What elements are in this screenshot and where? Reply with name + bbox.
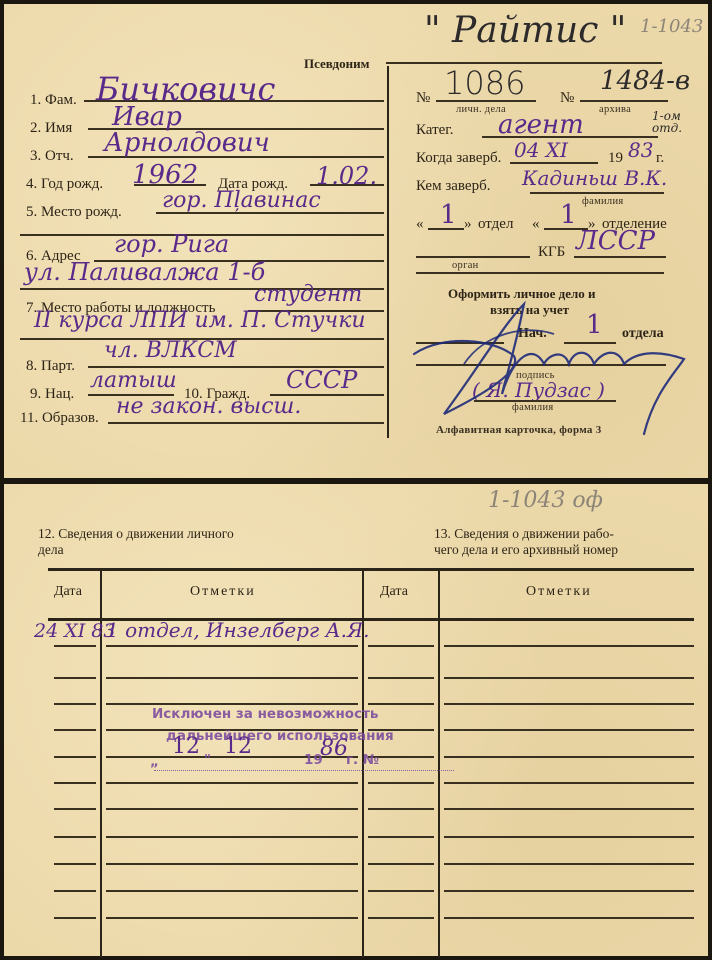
table-row-rule: [444, 645, 694, 647]
table-row-rule: [368, 808, 434, 810]
value-workplace-2: II курса ЛПИ им. П. Стучки: [34, 308, 366, 333]
recruited-by-label: Кем заверб.: [416, 178, 490, 195]
dept-label: отдел: [478, 216, 513, 233]
stamp-day: 12: [172, 734, 200, 759]
table-row-rule: [368, 836, 434, 838]
label-surname: 1. Фам.: [30, 92, 77, 109]
value-education: не закон. высш.: [116, 394, 301, 419]
corner-note-front: 1-1043: [640, 16, 703, 37]
table-row-rule: [106, 917, 358, 919]
table-row-rule: [54, 917, 96, 919]
stamp-month: 12: [224, 734, 252, 759]
stamp-line-2: дальнейшего использования: [166, 728, 394, 744]
table-row-rule: [54, 863, 96, 865]
table-row-rule: [106, 808, 358, 810]
dept-close: »: [464, 216, 472, 233]
col-header-date-2: Дата: [380, 584, 408, 600]
recruited-when-value: 04 XI: [514, 138, 568, 162]
value-birthplace: гор. Пļaвинас: [162, 188, 321, 213]
rule-recruited-by: [530, 192, 664, 194]
archive-value: 1484-в: [600, 66, 690, 96]
label-nationality: 9. Нац.: [30, 386, 74, 403]
year-prefix: 19: [608, 150, 623, 167]
table-row-rule: [368, 782, 434, 784]
label-birthplace: 5. Место рожд.: [26, 204, 122, 221]
row-1-date: 24 XI 83: [34, 620, 115, 642]
corner-note-back: 1-1043 оф: [488, 488, 603, 513]
section-value: 1: [560, 200, 577, 230]
stamp-date-open: „: [150, 754, 159, 770]
stamp-number-label: г. №: [346, 752, 379, 768]
table-row-rule: [54, 729, 96, 731]
table-row-rule: [54, 703, 96, 705]
table-row-rule: [106, 703, 358, 705]
rule-kgb: [574, 256, 666, 258]
rule-organ-full: [416, 272, 664, 274]
table-row-rule: [444, 836, 694, 838]
category-value: агент: [498, 110, 584, 140]
col-divider-3: [438, 570, 440, 958]
table-row-rule: [444, 782, 694, 784]
category-label: Катег.: [416, 122, 454, 139]
recruited-when-label: Когда заверб.: [416, 150, 501, 167]
table-row-rule: [106, 677, 358, 679]
table-row-rule: [368, 703, 434, 705]
table-row-rule: [368, 677, 434, 679]
rule-education: [108, 422, 384, 424]
stamp-line-1: Исключен за невозможность: [152, 706, 378, 722]
stamp-year: 86: [320, 736, 348, 761]
label-patronymic: 3. Отч.: [30, 148, 74, 165]
table-row-rule: [54, 677, 96, 679]
section-open: «: [532, 216, 540, 233]
organ-caption: орган: [452, 260, 479, 271]
kgb-label: КГБ: [538, 244, 565, 261]
form-footer: Алфавитная карточка, форма 3: [436, 424, 602, 436]
pseudonym-value: " Райтис ": [424, 10, 626, 51]
archive-no-sign: №: [560, 90, 574, 107]
table-row-rule: [106, 836, 358, 838]
value-workplace-1: студент: [254, 282, 362, 307]
section-13-title-line-1: 13. Сведения о движении рабо-: [434, 526, 614, 542]
table-row-rule: [444, 808, 694, 810]
value-nationality: латыш: [90, 368, 177, 393]
table-row-rule: [54, 890, 96, 892]
value-address-1: гор. Рига: [114, 230, 229, 258]
kgb-value: ЛССР: [576, 226, 655, 256]
table-row-rule: [54, 782, 96, 784]
card-back: 1-1043 оф 12. Сведения о движении личног…: [4, 484, 708, 956]
front-divider: [387, 66, 389, 438]
section-12-title-line-2: дела: [38, 542, 64, 558]
archive-caption: архива: [599, 104, 631, 115]
stamp-date-rule: [154, 770, 454, 771]
table-row-rule: [54, 808, 96, 810]
pseudonym-underline: [392, 62, 662, 64]
dept-open: «: [416, 216, 424, 233]
dept-value: 1: [440, 200, 457, 230]
col-header-notes-1: Отметки: [190, 584, 256, 600]
table-row-rule: [54, 756, 96, 758]
section-12-title-line-1: 12. Сведения о движении личного: [38, 526, 234, 542]
label-party: 8. Парт.: [26, 358, 75, 375]
surname-caption: фамилия: [582, 196, 624, 207]
card-front: Псевдоним " Райтис " 1-1043 1. Фам. Бичк…: [4, 4, 708, 478]
table-row-rule: [444, 756, 694, 758]
value-party: чл. ВЛКСМ: [104, 338, 237, 363]
personal-file-value: 1086: [444, 64, 525, 102]
table-row-rule: [368, 863, 434, 865]
row-1-note: 1 отдел, Инзелберг А.Я.: [106, 618, 369, 642]
table-row-rule: [444, 703, 694, 705]
archive-note: 1-ом отд.: [652, 110, 692, 134]
table-row-rule: [444, 677, 694, 679]
pseudonym-label: Псевдоним: [304, 56, 369, 72]
table-row-rule: [444, 917, 694, 919]
label-name: 2. Имя: [30, 120, 72, 137]
rule-archive: [580, 100, 668, 102]
label-education: 11. Образов.: [20, 410, 99, 427]
table-row-rule: [106, 782, 358, 784]
rule-organ: [416, 256, 530, 258]
value-citizenship: СССР: [286, 366, 357, 394]
table-row-rule: [368, 645, 434, 647]
value-birth-year: 1962: [132, 160, 198, 190]
table-row-rule: [444, 729, 694, 731]
label-birth-year: 4. Год рожд.: [26, 176, 103, 193]
table-row-rule: [54, 836, 96, 838]
col-header-date-1: Дата: [54, 584, 82, 600]
col-header-notes-2: Отметки: [526, 584, 592, 600]
personal-file-no-sign: №: [416, 90, 430, 107]
section-13-title-line-2: чего дела и его архивный номер: [434, 542, 618, 558]
table-row-rule: [106, 890, 358, 892]
year-value: 83: [628, 138, 653, 162]
stamp-quote: ": [204, 752, 211, 768]
recruited-by-value: Кадиньш В.К.: [522, 166, 667, 190]
value-address-2: ул. Паливалжа 1-б: [24, 258, 265, 286]
value-birth-date: 1.02.: [316, 162, 377, 190]
year-suffix: г.: [656, 150, 664, 167]
table-row-rule: [106, 863, 358, 865]
table-top-rule: [48, 568, 694, 571]
table-row-rule: [444, 863, 694, 865]
value-patronymic: Арнолдович: [104, 128, 270, 158]
table-row-rule: [106, 645, 358, 647]
table-row-rule: [368, 917, 434, 919]
signature-icon: [404, 294, 704, 444]
rule-recruited-when: [510, 162, 598, 164]
table-row-rule: [54, 645, 96, 647]
table-row-rule: [368, 890, 434, 892]
table-row-rule: [444, 890, 694, 892]
